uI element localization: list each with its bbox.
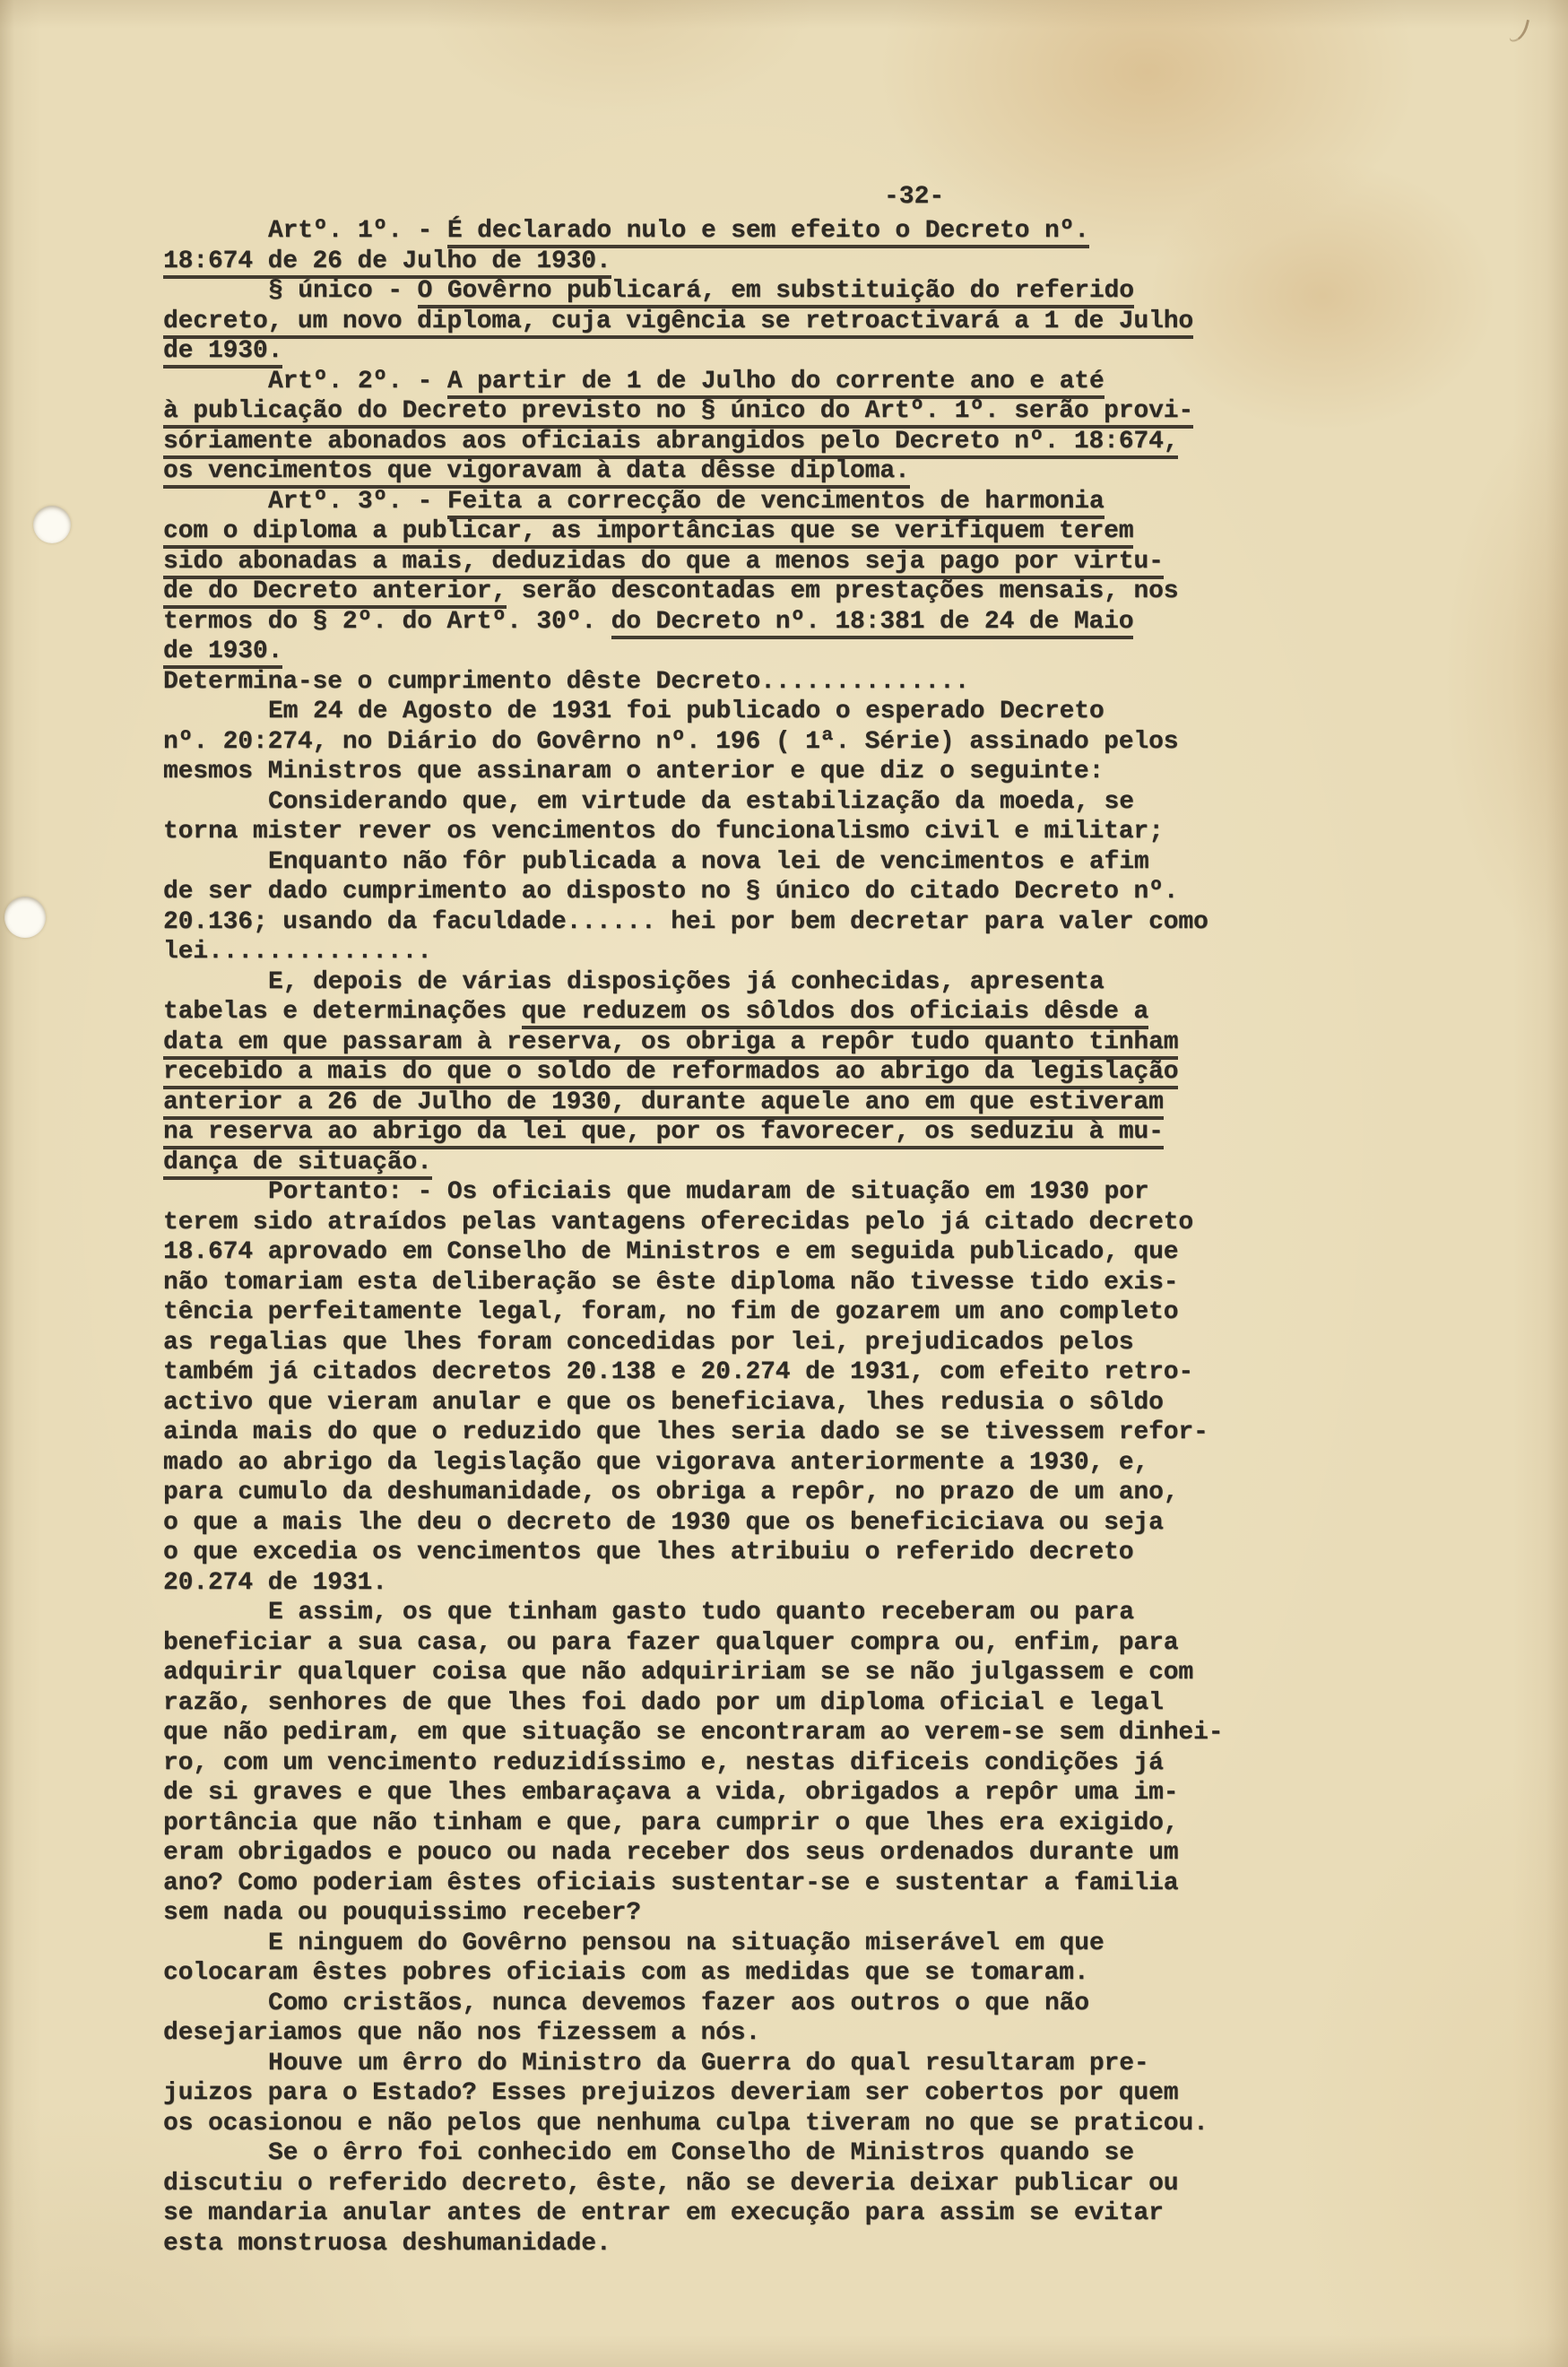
text-line: E, depois de várias disposições já conhe…	[163, 967, 1347, 998]
plain-text: E ninguem do Govêrno pensou na situação …	[268, 1929, 1105, 1957]
text-line: torna mister rever os vencimentos do fun…	[163, 817, 1347, 847]
plain-text: sem nada ou pouquissimo receber?	[163, 1899, 641, 1927]
text-line: o que excedia os vencimentos que lhes at…	[163, 1538, 1347, 1568]
text-line: dança de situação.	[163, 1148, 1347, 1178]
text-line: sem nada ou pouquissimo receber?	[163, 1898, 1347, 1929]
underlined-text: Feita a correcção de vencimentos de harm…	[447, 488, 1105, 519]
text-line: Houve um êrro do Ministro da Guerra do q…	[163, 2049, 1347, 2079]
text-line: tabelas e determinações que reduzem os s…	[163, 997, 1347, 1027]
text-line: o que a mais lhe deu o decreto de 1930 q…	[163, 1508, 1347, 1539]
text-line: na reserva ao abrigo da lei que, por os …	[163, 1117, 1347, 1148]
plain-text: juizos para o Estado? Esses prejuizos de…	[163, 2079, 1178, 2107]
text-line: Em 24 de Agosto de 1931 foi publicado o …	[163, 697, 1347, 727]
underlined-text: à publicação do Decreto previsto no § ún…	[163, 397, 1193, 429]
text-line: juizos para o Estado? Esses prejuizos de…	[163, 2078, 1347, 2109]
text-line: 18:674 de 26 de Julho de 1930.	[163, 247, 1347, 277]
plain-text: beneficiar a sua casa, ou para fazer qua…	[163, 1629, 1178, 1657]
underlined-text: anterior a 26 de Julho de 1930, durante …	[163, 1088, 1164, 1120]
plain-text: mado ao abrigo da legislação que vigorav…	[163, 1449, 1148, 1477]
text-line: Considerando que, em virtude da estabili…	[163, 787, 1347, 818]
text-line: Artº. 2º. - A partir de 1 de Julho do co…	[163, 367, 1347, 397]
text-line: beneficiar a sua casa, ou para fazer qua…	[163, 1628, 1347, 1659]
text-line: § único - O Govêrno publicará, em substi…	[163, 276, 1347, 307]
text-line: E ninguem do Govêrno pensou na situação …	[163, 1929, 1347, 1959]
plain-text: esta monstruosa deshumanidade.	[163, 2230, 611, 2258]
plain-text: Considerando que, em virtude da estabili…	[268, 788, 1134, 816]
text-line: sóriamente abonados aos oficiais abrangi…	[163, 427, 1347, 457]
plain-text: que não pediram, em que situação se enco…	[163, 1719, 1223, 1747]
text-line: não tomariam esta deliberação se êste di…	[163, 1268, 1347, 1298]
underlined-text: decreto, um novo diploma, cuja vigência …	[163, 308, 1193, 339]
text-line: para cumulo da deshumanidade, os obriga …	[163, 1478, 1347, 1508]
plain-text: discutiu o referido decreto, êste, não s…	[163, 2170, 1178, 2198]
plain-text: lei...............	[163, 938, 432, 966]
corner-pen-mark	[1509, 16, 1529, 44]
plain-text: E assim, os que tinham gasto tudo quanto…	[268, 1599, 1134, 1626]
plain-text: Como cristãos, nunca devemos fazer aos o…	[268, 1990, 1089, 2017]
text-line: sido abonadas a mais, deduzidas do que a…	[163, 547, 1347, 577]
underlined-text: do Decreto nº. 18:381 de 24 de Maio	[611, 608, 1134, 639]
text-line: activo que vieram anular e que os benefi…	[163, 1388, 1347, 1418]
plain-text: adquirir qualquer coisa que não adquirir…	[163, 1659, 1193, 1686]
plain-text: colocaram êstes pobres oficiais com as m…	[163, 1959, 1088, 1987]
plain-text: nº. 20:274, no Diário do Govêrno nº. 196…	[163, 728, 1178, 756]
plain-text: Houve um êrro do Ministro da Guerra do q…	[268, 2050, 1149, 2077]
underlined-text: de do Decreto anterior,	[163, 577, 507, 609]
text-line: as regalias que lhes foram concedidas po…	[163, 1328, 1347, 1358]
text-line: Enquanto não fôr publicada a nova lei de…	[163, 847, 1347, 878]
plain-text: activo que vieram anular e que os benefi…	[163, 1389, 1164, 1417]
text-line: tência perfeitamente legal, foram, no fi…	[163, 1297, 1347, 1328]
page-number: -32-	[884, 183, 944, 211]
plain-text: tência perfeitamente legal, foram, no fi…	[163, 1298, 1178, 1326]
text-line: também já citados decretos 20.138 e 20.2…	[163, 1357, 1347, 1388]
text-line: nº. 20:274, no Diário do Govêrno nº. 196…	[163, 727, 1347, 758]
plain-text: 20.136; usando da faculdade...... hei po…	[163, 908, 1208, 936]
text-line: de 1930.	[163, 336, 1347, 367]
text-line: 18.674 aprovado em Conselho de Ministros…	[163, 1237, 1347, 1268]
plain-text: Em 24 de Agosto de 1931 foi publicado o …	[268, 698, 1105, 725]
text-line: adquirir qualquer coisa que não adquirir…	[163, 1658, 1347, 1688]
underlined-text: recebido a mais do que o soldo de reform…	[163, 1058, 1178, 1089]
text-line: 20.274 de 1931.	[163, 1568, 1347, 1599]
plain-text: Artº. 1º. -	[268, 217, 447, 245]
text-line: termos do § 2º. do Artº. 30º. do Decreto…	[163, 607, 1347, 637]
text-line: Como cristãos, nunca devemos fazer aos o…	[163, 1989, 1347, 2019]
plain-text: se mandaria anular antes de entrar em ex…	[163, 2199, 1164, 2227]
underlined-text: data em que passaram à reserva, os obrig…	[163, 1028, 1178, 1060]
text-line: razão, senhores de que lhes foi dado por…	[163, 1688, 1347, 1719]
punch-hole-top	[33, 506, 71, 543]
plain-text: ro, com um vencimento reduzidíssimo e, n…	[163, 1749, 1164, 1777]
text-line: os ocasionou e não pelos que nenhuma cul…	[163, 2109, 1347, 2139]
underlined-text: O Govêrno publicará, em substituição do …	[418, 277, 1134, 308]
text-line: esta monstruosa deshumanidade.	[163, 2229, 1347, 2259]
plain-text: razão, senhores de que lhes foi dado por…	[163, 1689, 1164, 1717]
plain-text: Portanto: - Os oficiais que mudaram de s…	[268, 1178, 1149, 1206]
plain-text: torna mister rever os vencimentos do fun…	[163, 818, 1164, 845]
paper-page: -32- Artº. 1º. - É declarado nulo e sem …	[0, 0, 1568, 2367]
text-line: recebido a mais do que o soldo de reform…	[163, 1057, 1347, 1088]
plain-text: os ocasionou e não pelos que nenhuma cul…	[163, 2110, 1208, 2137]
text-line: com o diploma a publicar, as importância…	[163, 516, 1347, 547]
text-line: E assim, os que tinham gasto tudo quanto…	[163, 1598, 1347, 1628]
underlined-text: de 1930.	[163, 337, 282, 368]
plain-text: terem sido atraídos pelas vantagens ofer…	[163, 1209, 1193, 1236]
plain-text: desejariamos que não nos fizessem a nós.	[163, 2019, 760, 2047]
text-line: Determina-se o cumprimento dêste Decreto…	[163, 667, 1347, 698]
text-line: desejariamos que não nos fizessem a nós.	[163, 2018, 1347, 2049]
underlined-text: de 1930.	[163, 637, 282, 669]
plain-text: ano? Como poderiam êstes oficiais susten…	[163, 1869, 1178, 1897]
text-line: 20.136; usando da faculdade...... hei po…	[163, 907, 1347, 938]
plain-text: Enquanto não fôr publicada a nova lei de…	[268, 848, 1149, 876]
text-line: Artº. 3º. - Feita a correcção de vencime…	[163, 487, 1347, 517]
text-line: portância que não tinham e que, para cum…	[163, 1808, 1347, 1839]
text-line: Se o êrro foi conhecido em Conselho de M…	[163, 2138, 1347, 2169]
text-line: lei...............	[163, 937, 1347, 967]
plain-text: portância que não tinham e que, para cum…	[163, 1809, 1178, 1837]
plain-text: E, depois de várias disposições já conhe…	[268, 968, 1105, 996]
document-lines: Artº. 1º. - É declarado nulo e sem efeit…	[163, 216, 1347, 2259]
text-line: mado ao abrigo da legislação que vigorav…	[163, 1448, 1347, 1478]
plain-text: também já citados decretos 20.138 e 20.2…	[163, 1358, 1193, 1386]
text-line: Artº. 1º. - É declarado nulo e sem efeit…	[163, 216, 1347, 247]
plain-text: eram obrigados e pouco ou nada receber d…	[163, 1839, 1178, 1867]
plain-text: termos do § 2º. do Artº. 30º.	[163, 608, 611, 636]
plain-text: § único -	[268, 277, 418, 305]
underlined-text: na reserva ao abrigo da lei que, por os …	[163, 1118, 1164, 1149]
text-line: de ser dado cumprimento ao disposto no §…	[163, 877, 1347, 907]
plain-text: mesmos Ministros que assinaram o anterio…	[163, 758, 1104, 785]
underlined-text: sóriamente abonados aos oficiais abrangi…	[163, 428, 1178, 459]
text-line: de si graves e que lhes embaraçava a vid…	[163, 1778, 1347, 1808]
text-line: terem sido atraídos pelas vantagens ofer…	[163, 1208, 1347, 1238]
text-line: discutiu o referido decreto, êste, não s…	[163, 2169, 1347, 2199]
plain-text: o que excedia os vencimentos que lhes at…	[163, 1539, 1133, 1566]
text-line: decreto, um novo diploma, cuja vigência …	[163, 307, 1347, 337]
underlined-text: dança de situação.	[163, 1149, 432, 1180]
punch-hole-bottom	[4, 897, 46, 938]
text-line: ainda mais do que o reduzido que lhes se…	[163, 1418, 1347, 1448]
underlined-text: os vencimentos que vigoravam à data dêss…	[163, 457, 910, 489]
plain-text: de si graves e que lhes embaraçava a vid…	[163, 1779, 1178, 1807]
plain-text: ainda mais do que o reduzido que lhes se…	[163, 1418, 1208, 1446]
plain-text: 20.274 de 1931.	[163, 1569, 387, 1597]
underlined-text: com o diploma a publicar, as importância…	[163, 517, 1133, 549]
text-line: anterior a 26 de Julho de 1930, durante …	[163, 1088, 1347, 1118]
plain-text: não tomariam esta deliberação se êste di…	[163, 1269, 1178, 1296]
underlined-text: sido abonadas a mais, deduzidas do que a…	[163, 548, 1164, 579]
text-line: data em que passaram à reserva, os obrig…	[163, 1027, 1347, 1058]
plain-text: Se o êrro foi conhecido em Conselho de M…	[268, 2139, 1134, 2167]
text-line: à publicação do Decreto previsto no § ún…	[163, 396, 1347, 427]
text-line: os vencimentos que vigoravam à data dêss…	[163, 456, 1347, 487]
text-line: que não pediram, em que situação se enco…	[163, 1718, 1347, 1748]
plain-text: de ser dado cumprimento ao disposto no §…	[163, 878, 1178, 906]
plain-text: para cumulo da deshumanidade, os obriga …	[163, 1478, 1178, 1506]
text-line: Portanto: - Os oficiais que mudaram de s…	[163, 1177, 1347, 1208]
text-line: de do Decreto anterior, serão descontada…	[163, 577, 1347, 607]
text-line: ano? Como poderiam êstes oficiais susten…	[163, 1868, 1347, 1899]
underlined-text: É declarado nulo e sem efeito o Decreto …	[447, 217, 1089, 248]
plain-text: Determina-se o cumprimento dêste Decreto…	[163, 668, 969, 696]
plain-text: o que a mais lhe deu o decreto de 1930 q…	[163, 1509, 1164, 1537]
text-line: ro, com um vencimento reduzidíssimo e, n…	[163, 1748, 1347, 1779]
text-line: se mandaria anular antes de entrar em ex…	[163, 2198, 1347, 2229]
plain-text: serão descontadas em prestações mensais,…	[507, 577, 1178, 605]
text-line: mesmos Ministros que assinaram o anterio…	[163, 757, 1347, 787]
underlined-text: 18:674 de 26 de Julho de 1930.	[163, 247, 611, 279]
text-line: colocaram êstes pobres oficiais com as m…	[163, 1958, 1347, 1989]
plain-text: Artº. 3º. -	[268, 488, 447, 516]
plain-text: as regalias que lhes foram concedidas po…	[163, 1329, 1133, 1357]
text-line: eram obrigados e pouco ou nada receber d…	[163, 1838, 1347, 1868]
plain-text: Artº. 2º. -	[268, 368, 447, 395]
text-line: de 1930.	[163, 637, 1347, 667]
plain-text: 18.674 aprovado em Conselho de Ministros…	[163, 1238, 1178, 1266]
plain-text: tabelas e determinações	[163, 998, 522, 1026]
underlined-text: A partir de 1 de Julho do corrente ano e…	[447, 368, 1105, 399]
underlined-text: que reduzem os sôldos dos oficiais dêsde…	[522, 998, 1148, 1029]
